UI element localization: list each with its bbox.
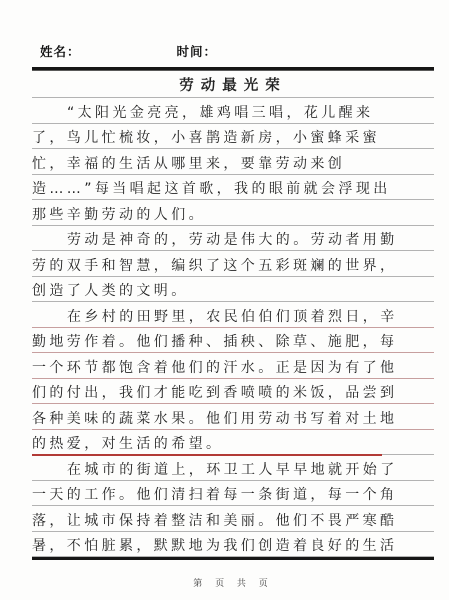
text-line: 劳动是神奇的，劳动是伟大的。劳动者用勤	[32, 226, 434, 252]
text-line: 在城市的街道上，环卫工人早早地就开始了	[32, 455, 434, 481]
line-text: 落，让城市保持着整洁和美丽。他们不畏严寒酷	[32, 514, 434, 531]
name-label: 姓名：	[40, 42, 81, 60]
page-number-text: 第 页 共 页	[193, 579, 273, 589]
text-line: 劳的双手和智慧，编织了这个五彩斑斓的世界，	[32, 251, 434, 277]
line-text: 暑，不怕脏累，默默地为我们创造着良好的生活	[32, 539, 434, 556]
essay-title: 劳动最光荣	[179, 74, 287, 97]
text-line: 忙，幸福的生活从哪里来，要靠劳动来创	[32, 149, 434, 175]
text-line: 了，鸟儿忙梳妆，小喜鹊造新房，小蜜蜂采蜜	[32, 124, 434, 150]
line-text: 劳的双手和智慧，编织了这个五彩斑斓的世界，	[32, 259, 434, 276]
essay-page: 姓名： 时间： 劳动最光荣 “太阳光金亮亮，雄鸡唱三唱，花儿醒来了，鸟儿忙梳妆，…	[0, 0, 449, 600]
line-text: 各种美味的蔬菜水果。他们用劳动书写着对土地	[32, 412, 434, 429]
title-row: 劳动最光荣	[32, 71, 434, 98]
text-line: 在乡村的田野里，农民伯伯们顶着烈日，辛	[32, 302, 434, 328]
line-text: 那些辛勤劳动的人们。	[32, 208, 434, 225]
text-line: “太阳光金亮亮，雄鸡唱三唱，花儿醒来	[32, 98, 434, 124]
text-line: 勤地劳作着。他们播种、插秧、除草、施肥，每	[32, 328, 434, 354]
text-line: 各种美味的蔬菜水果。他们用劳动书写着对土地	[32, 404, 434, 430]
text-line: 一个环节都饱含着他们的汗水。正是因为有了他	[32, 353, 434, 379]
line-text: 忙，幸福的生活从哪里来，要靠劳动来创	[32, 157, 434, 174]
text-line: 的热爱，对生活的希望。	[32, 430, 434, 456]
line-text: 在城市的街道上，环卫工人早早地就开始了	[32, 463, 434, 480]
text-line: 造……”每当唱起这首歌，我的眼前就会浮现出	[32, 175, 434, 201]
line-text: 们的付出，我们才能吃到香喷喷的米饭，品尝到	[32, 386, 434, 403]
essay-lines: “太阳光金亮亮，雄鸡唱三唱，花儿醒来了，鸟儿忙梳妆，小喜鹊造新房，小蜜蜂采蜜忙，…	[32, 98, 434, 557]
page-footer: 第 页 共 页	[32, 571, 434, 590]
line-text: 的热爱，对生活的希望。	[32, 437, 434, 454]
text-line: 创造了人类的文明。	[32, 277, 434, 303]
text-line: 暑，不怕脏累，默默地为我们创造着良好的生活	[32, 532, 434, 558]
line-text: 劳动是神奇的，劳动是伟大的。劳动者用勤	[32, 233, 434, 250]
page-header: 姓名： 时间：	[32, 42, 434, 62]
text-line: 那些辛勤劳动的人们。	[32, 200, 434, 226]
line-text: 在乡村的田野里，农民伯伯们顶着烈日，辛	[32, 310, 434, 327]
time-label: 时间：	[177, 42, 218, 60]
text-line: 们的付出，我们才能吃到香喷喷的米饭，品尝到	[32, 379, 434, 405]
line-text: 一天的工作。他们清扫着每一条街道，每一个角	[32, 488, 434, 505]
line-text: 一个环节都饱含着他们的汗水。正是因为有了他	[32, 361, 434, 378]
line-text: 造……”每当唱起这首歌，我的眼前就会浮现出	[32, 182, 434, 199]
line-text: 创造了人类的文明。	[32, 284, 434, 301]
line-text: 勤地劳作着。他们播种、插秧、除草、施肥，每	[32, 335, 434, 352]
text-line: 一天的工作。他们清扫着每一条街道，每一个角	[32, 481, 434, 507]
line-text: 了，鸟儿忙梳妆，小喜鹊造新房，小蜜蜂采蜜	[32, 131, 434, 148]
text-line: 落，让城市保持着整洁和美丽。他们不畏严寒酷	[32, 506, 434, 532]
line-text: “太阳光金亮亮，雄鸡唱三唱，花儿醒来	[32, 106, 434, 123]
